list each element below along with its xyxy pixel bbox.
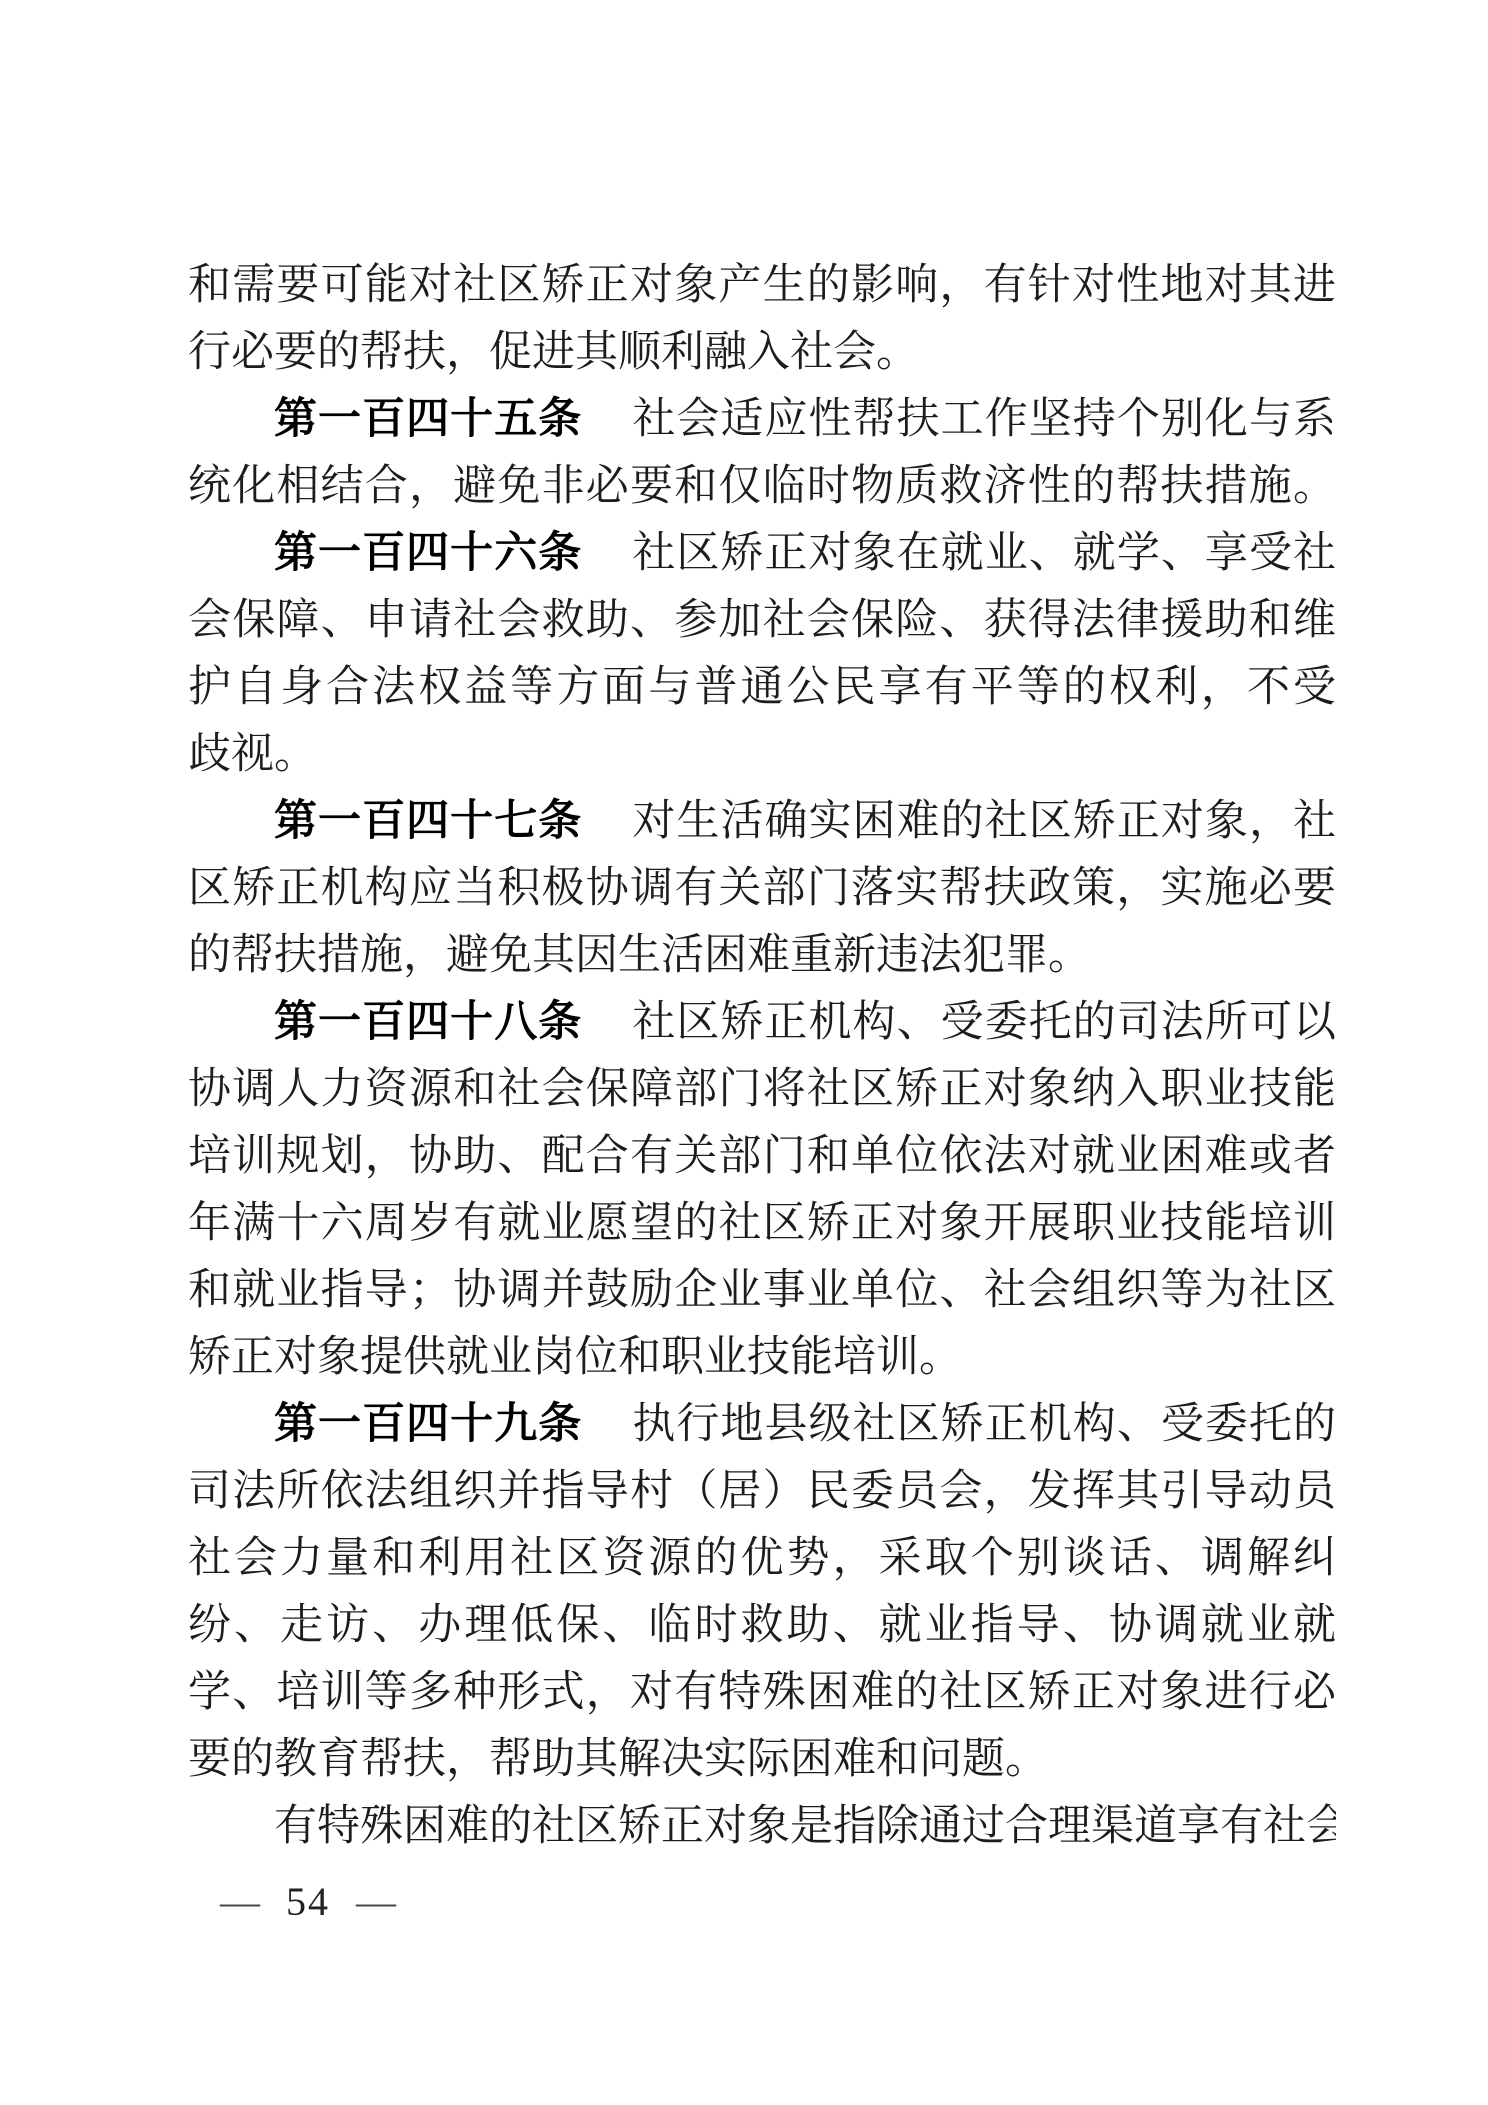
line-text: 的帮扶措施，避免其因生活困难重新违法犯罪。	[188, 932, 1091, 979]
text-line: 社会力量和利用社区资源的优势，采取个别谈话、调解纠	[188, 1525, 1336, 1592]
text-line-article-149: 第一百四十九条执行地县级社区矫正机构、受委托的	[188, 1391, 1336, 1458]
line-text: 对生活确实困难的社区矫正对象，社	[632, 798, 1336, 845]
footer-page-number: 54	[286, 1878, 330, 1925]
text-line: 有特殊困难的社区矫正对象是指除通过合理渠道享有社会	[188, 1793, 1336, 1860]
line-text: 区矫正机构应当积极协调有关部门落实帮扶政策，实施必要	[188, 865, 1336, 912]
text-line: 和就业指导；协调并鼓励企业事业单位、社会组织等为社区	[188, 1257, 1336, 1324]
text-line: 歧视。	[188, 721, 1336, 788]
footer-dash-right: —	[356, 1878, 396, 1925]
text-line: 矫正对象提供就业岗位和职业技能培训。	[188, 1324, 1336, 1391]
line-text: 司法所依法组织并指导村（居）民委员会，发挥其引导动员	[188, 1468, 1336, 1515]
article-number: 第一百四十六条	[274, 529, 582, 577]
line-text: 和需要可能对社区矫正对象产生的影响，有针对性地对其进	[188, 262, 1336, 309]
page-footer: — 54 —	[220, 1878, 396, 1925]
article-number: 第一百四十五条	[274, 395, 582, 443]
text-line: 行必要的帮扶，促进其顺利融入社会。	[188, 319, 1336, 386]
line-text: 歧视。	[188, 731, 317, 778]
line-text: 有特殊困难的社区矫正对象是指除通过合理渠道享有社会	[274, 1803, 1336, 1850]
line-text: 纷、走访、办理低保、临时救助、就业指导、协调就业就	[188, 1602, 1336, 1649]
line-text: 会保障、申请社会救助、参加社会保险、获得法律援助和维	[188, 597, 1336, 644]
line-text: 护自身合法权益等方面与普通公民享有平等的权利，不受	[188, 664, 1336, 711]
line-text: 社会适应性帮扶工作坚持个别化与系	[632, 396, 1336, 443]
text-line: 培训规划，协助、配合有关部门和单位依法对就业困难或者	[188, 1123, 1336, 1190]
line-text: 社区矫正机构、受委托的司法所可以	[632, 999, 1336, 1046]
text-line-article-148: 第一百四十八条社区矫正机构、受委托的司法所可以	[188, 989, 1336, 1056]
text-line-article-145: 第一百四十五条社会适应性帮扶工作坚持个别化与系	[188, 386, 1336, 453]
text-line: 的帮扶措施，避免其因生活困难重新违法犯罪。	[188, 922, 1336, 989]
text-line: 学、培训等多种形式，对有特殊困难的社区矫正对象进行必	[188, 1659, 1336, 1726]
document-page: 和需要可能对社区矫正对象产生的影响，有针对性地对其进 行必要的帮扶，促进其顺利融…	[0, 0, 1488, 2105]
text-line: 司法所依法组织并指导村（居）民委员会，发挥其引导动员	[188, 1458, 1336, 1525]
line-text: 执行地县级社区矫正机构、受委托的	[632, 1401, 1336, 1448]
line-text: 年满十六周岁有就业愿望的社区矫正对象开展职业技能培训	[188, 1200, 1336, 1247]
text-line: 和需要可能对社区矫正对象产生的影响，有针对性地对其进	[188, 252, 1336, 319]
footer-dash-left: —	[220, 1878, 260, 1925]
text-line: 纷、走访、办理低保、临时救助、就业指导、协调就业就	[188, 1592, 1336, 1659]
line-text: 社会力量和利用社区资源的优势，采取个别谈话、调解纠	[188, 1535, 1336, 1582]
text-line: 区矫正机构应当积极协调有关部门落实帮扶政策，实施必要	[188, 855, 1336, 922]
line-text: 社区矫正对象在就业、就学、享受社	[632, 530, 1336, 577]
line-text: 学、培训等多种形式，对有特殊困难的社区矫正对象进行必	[188, 1669, 1336, 1716]
text-line: 要的教育帮扶，帮助其解决实际困难和问题。	[188, 1726, 1336, 1793]
line-text: 和就业指导；协调并鼓励企业事业单位、社会组织等为社区	[188, 1267, 1336, 1314]
text-line: 护自身合法权益等方面与普通公民享有平等的权利，不受	[188, 654, 1336, 721]
article-number: 第一百四十七条	[274, 797, 582, 845]
document-text: 和需要可能对社区矫正对象产生的影响，有针对性地对其进 行必要的帮扶，促进其顺利融…	[188, 252, 1336, 1860]
article-number: 第一百四十九条	[274, 1400, 582, 1448]
text-line-article-146: 第一百四十六条社区矫正对象在就业、就学、享受社	[188, 520, 1336, 587]
text-line: 协调人力资源和社会保障部门将社区矫正对象纳入职业技能	[188, 1056, 1336, 1123]
line-text: 协调人力资源和社会保障部门将社区矫正对象纳入职业技能	[188, 1066, 1336, 1113]
text-line: 统化相结合，避免非必要和仅临时物质救济性的帮扶措施。	[188, 453, 1336, 520]
line-text: 要的教育帮扶，帮助其解决实际困难和问题。	[188, 1736, 1048, 1783]
line-text: 行必要的帮扶，促进其顺利融入社会。	[188, 329, 919, 376]
text-line: 会保障、申请社会救助、参加社会保险、获得法律援助和维	[188, 587, 1336, 654]
line-text: 矫正对象提供就业岗位和职业技能培训。	[188, 1334, 962, 1381]
line-text: 培训规划，协助、配合有关部门和单位依法对就业困难或者	[188, 1133, 1336, 1180]
article-number: 第一百四十八条	[274, 998, 582, 1046]
text-line-article-147: 第一百四十七条对生活确实困难的社区矫正对象，社	[188, 788, 1336, 855]
line-text: 统化相结合，避免非必要和仅临时物质救济性的帮扶措施。	[188, 463, 1336, 510]
text-line: 年满十六周岁有就业愿望的社区矫正对象开展职业技能培训	[188, 1190, 1336, 1257]
